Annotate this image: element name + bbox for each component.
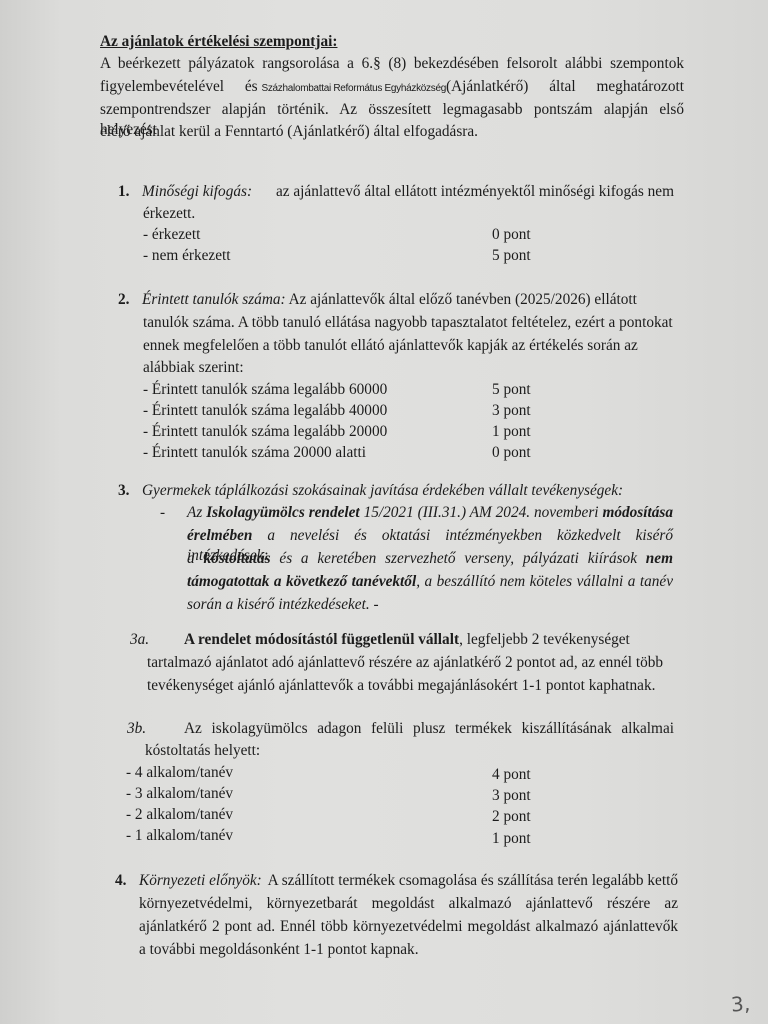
bullet-dash: -: [160, 503, 165, 523]
score-points: 0 pont: [492, 443, 531, 463]
intro-text: (Ajánlatkérő): [446, 78, 528, 95]
intro-text: meghatározott: [596, 77, 684, 97]
text: , legfeljebb 2 tevékenységet: [459, 631, 630, 648]
criterion-label: Érintett tanulók száma:: [142, 291, 286, 308]
text: és a keretében szervezhető verseny, pály…: [271, 550, 646, 567]
score-points: 3 pont: [492, 786, 531, 806]
score-option: - 3 alkalom/tanév: [126, 784, 233, 804]
criterion-4-line-4: a további megoldásonként 1-1 pontot kapn…: [139, 940, 419, 960]
intro-text: által: [549, 77, 575, 97]
text: , a beszállító nem köteles vállalni a ta…: [416, 573, 673, 590]
bullet-line-1: Az Iskolagyümölcs rendelet 15/2021 (III.…: [187, 503, 673, 523]
document-title: Az ajánlatok értékelési szempontjai:: [100, 32, 337, 52]
intro-org: és Százhalombattai Református Egyházközs…: [245, 77, 529, 99]
criterion-1-line-2: érkezett.: [143, 204, 195, 224]
sub-criterion-3b-line-1: Az iskolagyümölcs adagon felüli plusz te…: [184, 719, 674, 739]
intro-line-2: figyelembevételével és Százhalombattai R…: [100, 77, 684, 99]
score-option: - Érintett tanulók száma 20000 alatti: [143, 443, 366, 463]
criterion-3-line-1: 3.Gyermekek táplálkozási szokásainak jav…: [118, 481, 623, 501]
criterion-2-line-2: tanulók száma. A több tanuló ellátása na…: [143, 313, 673, 333]
score-option: - Érintett tanulók száma legalább 20000: [143, 422, 387, 442]
criterion-4-line-1: 4.Környezeti előnyök: A szállított termé…: [115, 871, 678, 891]
score-option: - 1 alkalom/tanév: [126, 826, 233, 846]
criterion-1-line-1: 1.Minőségi kifogás: az ajánlattevő által…: [118, 182, 674, 202]
text: 15/2021 (III.31.) AM 2024. novemberi: [360, 504, 603, 521]
sub-criterion-3a-line-3: tevékenységet ajánló ajánlattevők a tová…: [147, 676, 655, 696]
criterion-text: az ajánlattevő által ellátott intézménye…: [276, 182, 674, 202]
text-bold: kóstoltatás: [203, 550, 270, 567]
intro-line-4: elérő ajánlat kerül a Fenntartó (Ajánlat…: [100, 122, 478, 142]
sub-criterion-3a-label: 3a.: [130, 630, 149, 650]
intro-text: figyelembevételével: [100, 77, 224, 97]
organization-name: Százhalombattai Református Egyházközség: [261, 83, 446, 94]
criterion-label: Minőségi kifogás:: [142, 183, 252, 200]
score-option: - 4 alkalom/tanév: [126, 763, 233, 783]
sub-criterion-3b-line-2: kóstoltatás helyett:: [145, 741, 260, 761]
criterion-2-line-3: ennek megfelelően a több tanulót ellátó …: [143, 336, 638, 356]
score-points: 2 pont: [492, 807, 531, 827]
document-page: Az ajánlatok értékelési szempontjai: A b…: [0, 0, 768, 1024]
sub-criterion-3b-label: 3b.: [127, 719, 146, 739]
handwritten-page-number: 3,: [730, 991, 751, 1016]
score-option: - nem érkezett: [143, 246, 230, 266]
criterion-label: Gyermekek táplálkozási szokásainak javít…: [142, 482, 623, 499]
bullet-line-3: a kóstoltatás és a keretében szervezhető…: [187, 549, 673, 569]
criterion-number: 3.: [118, 481, 142, 501]
text-bold: A rendelet módosítástól függetlenül váll…: [184, 631, 459, 648]
score-points: 1 pont: [492, 829, 531, 849]
criterion-4-line-2: környezetvédelmi, környezetbarát megoldá…: [139, 894, 678, 914]
criterion-number: 1.: [118, 182, 142, 202]
score-points: 1 pont: [492, 422, 531, 442]
intro-line-1: A beérkezett pályázatok rangsorolása a 6…: [100, 54, 684, 74]
score-points: 3 pont: [492, 401, 531, 421]
sub-criterion-3a-line-2: tartalmazó ajánlatot adó ajánlattevő rés…: [147, 653, 663, 673]
text-bold: módosítása: [602, 504, 673, 521]
criterion-2-line-1: 2.Érintett tanulók száma: Az ajánlattevő…: [118, 290, 637, 310]
text-bold: nem: [646, 550, 673, 567]
text-bold: érelmében: [187, 527, 252, 544]
bullet-line-4: támogatottak a következő tanévektől, a b…: [187, 572, 673, 592]
score-points: 0 pont: [492, 225, 531, 245]
criterion-label: Környezeti előnyök:: [139, 872, 262, 889]
criterion-text: A szállított termékek csomagolása és szá…: [268, 871, 678, 891]
score-points: 5 pont: [492, 380, 531, 400]
text-bold: Iskolagyümölcs rendelet: [206, 504, 359, 521]
criterion-number: 2.: [118, 290, 142, 310]
intro-text: és: [245, 78, 258, 95]
score-option: - Érintett tanulók száma legalább 40000: [143, 401, 387, 421]
score-points: 5 pont: [492, 246, 531, 266]
score-option: - érkezett: [143, 225, 200, 245]
score-points: 4 pont: [492, 765, 531, 785]
criterion-text: Az ajánlattevők által előző tanévben (20…: [289, 291, 637, 308]
criterion-4-line-3: ajánlatkérő 2 pont ad. Ennél több környe…: [139, 917, 678, 937]
text: a: [187, 550, 203, 567]
criterion-2-line-4: alábbiak szerint:: [143, 358, 244, 378]
sub-criterion-3a-line-1: A rendelet módosítástól függetlenül váll…: [184, 630, 674, 650]
text: Az: [187, 504, 206, 521]
score-option: - 2 alkalom/tanév: [126, 805, 233, 825]
score-option: - Érintett tanulók száma legalább 60000: [143, 380, 387, 400]
bullet-line-5: során a kisérő intézkedéseket. -: [187, 595, 379, 615]
text-bold: támogatottak a következő tanévektől: [187, 573, 416, 590]
criterion-number: 4.: [115, 871, 139, 891]
